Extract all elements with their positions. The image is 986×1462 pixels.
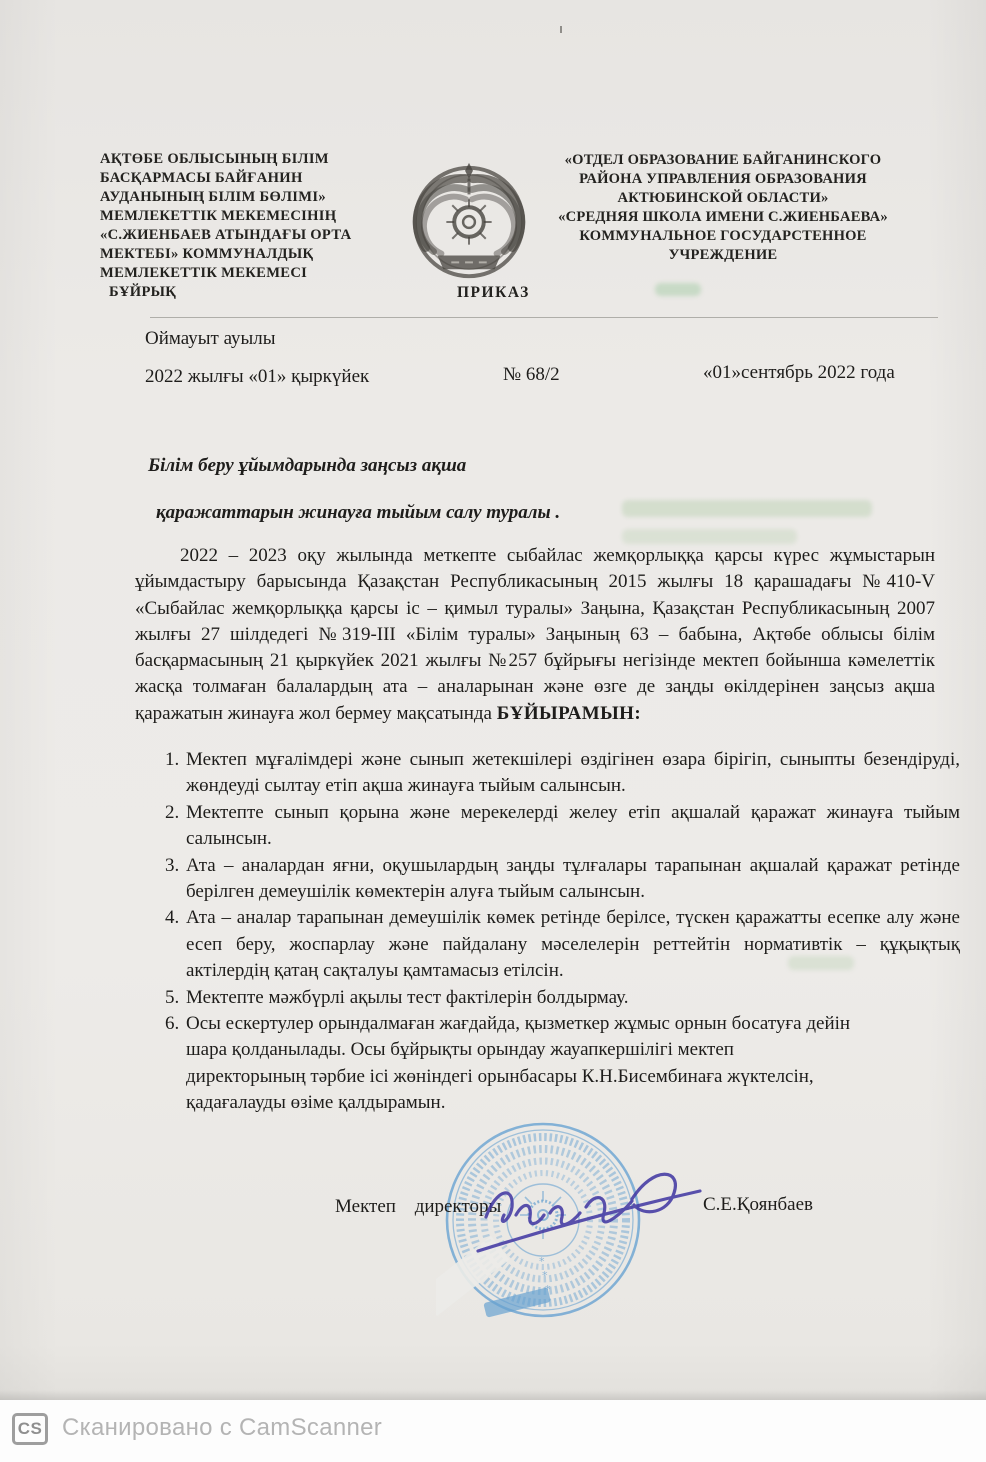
order-item-4: Ата – аналар тарапынан демеушілік көмек …	[184, 905, 960, 984]
org-line: МЕМЛЕКЕТТІК МЕКЕМЕСІНІҢ	[100, 207, 380, 226]
order-item-1: Мектеп мұғалімдері және сынып жетекшілер…	[184, 747, 960, 800]
scan-speck	[560, 26, 562, 33]
resolution-word: БҰЙЫРАМЫН:	[497, 703, 641, 724]
preamble-text: 2022 – 2023 оқу жылында меткепте сыбайла…	[135, 545, 935, 724]
paper-edge-shadow	[0, 1390, 986, 1400]
date-russian: «01»сентябрь 2022 года	[703, 362, 895, 384]
camscanner-watermark-text: Сканировано с CamScanner	[62, 1414, 382, 1442]
svg-text:*: *	[545, 1283, 551, 1296]
org-line: АҚТӨБЕ ОБЛЫСЫНЫҢ БІЛІМ	[100, 150, 380, 169]
org-line: БАСҚАРМАСЫ БАЙҒАНИН	[100, 169, 380, 188]
org-line: «С.ЖИЕНБАЕВ АТЫНДАҒЫ ОРТА	[100, 226, 380, 245]
scanned-document: АҚТӨБЕ ОБЛЫСЫНЫҢ БІЛІМ БАСҚАРМАСЫ БАЙҒАН…	[0, 0, 986, 1462]
org-name-ru: «ОТДЕЛ ОБРАЗОВАНИЕ БАЙГАНИНСКОГО РАЙОНА …	[503, 151, 943, 265]
green-smudge	[622, 500, 872, 517]
svg-text:*: *	[542, 1269, 548, 1282]
signatory-name: С.Е.Қоянбаев	[703, 1194, 813, 1216]
document-number: № 68/2	[503, 364, 560, 386]
org-line: АУДАНЫНЫҢ БІЛІМ БӨЛІМІ»	[100, 188, 380, 207]
order-item-6: Осы ескертулер орындалмаған жағдайда, қы…	[184, 1011, 960, 1117]
subject-line-1: Білім беру ұйымдарында заңсыз ақша	[148, 455, 466, 477]
preamble-paragraph: 2022 – 2023 оқу жылында меткепте сыбайла…	[135, 543, 935, 727]
order-item-5: Мектепте мәжбүрлі ақылы тест фактілерін …	[184, 985, 960, 1011]
green-smudge	[622, 529, 797, 544]
place-name: Оймауыт ауылы	[145, 328, 276, 350]
org-line: УЧРЕЖДЕНИЕ	[503, 246, 943, 265]
org-line: МЕМЛЕКЕТТІК МЕКЕМЕСІ	[100, 264, 380, 283]
org-line: РАЙОНА УПРАВЛЕНИЯ ОБРАЗОВАНИЯ	[503, 170, 943, 189]
org-line: АКТЮБИНСКОЙ ОБЛАСТИ»	[503, 189, 943, 208]
org-line: «СРЕДНЯЯ ШКОЛА ИМЕНИ С.ЖИЕНБАЕВА»	[503, 208, 943, 227]
green-smudge	[655, 283, 701, 296]
date-kazakh: 2022 жылғы «01» қыркүйек	[145, 366, 369, 388]
order-label-ru: ПРИКАЗ	[457, 284, 530, 302]
org-name-kk: АҚТӨБЕ ОБЛЫСЫНЫҢ БІЛІМ БАСҚАРМАСЫ БАЙҒАН…	[100, 150, 380, 302]
header-divider	[150, 317, 938, 318]
order-label-kk: БҰЙРЫҚ	[100, 283, 380, 302]
org-line: КОММУНАЛЬНОЕ ГОСУДАРСТЕННОЕ	[503, 227, 943, 246]
order-items: Мектеп мұғалімдері және сынып жетекшілер…	[160, 747, 960, 1117]
order-item-3: Ата – аналардан яғни, оқушылардың заңды …	[184, 853, 960, 906]
director-signature	[468, 1155, 718, 1265]
subject-line-2: қаражаттарын жинауға тыйым салу туралы .	[156, 502, 560, 524]
org-line: МЕКТЕБІ» КОММУНАЛДЫҚ	[100, 245, 380, 264]
camscanner-footer: CS Сканировано с CamScanner	[0, 1400, 986, 1462]
camscanner-logo-icon: CS	[12, 1413, 48, 1445]
org-line: «ОТДЕЛ ОБРАЗОВАНИЕ БАЙГАНИНСКОГО	[503, 151, 943, 170]
order-item-2: Мектепте сынып қорына және мерекелерді ж…	[184, 800, 960, 853]
